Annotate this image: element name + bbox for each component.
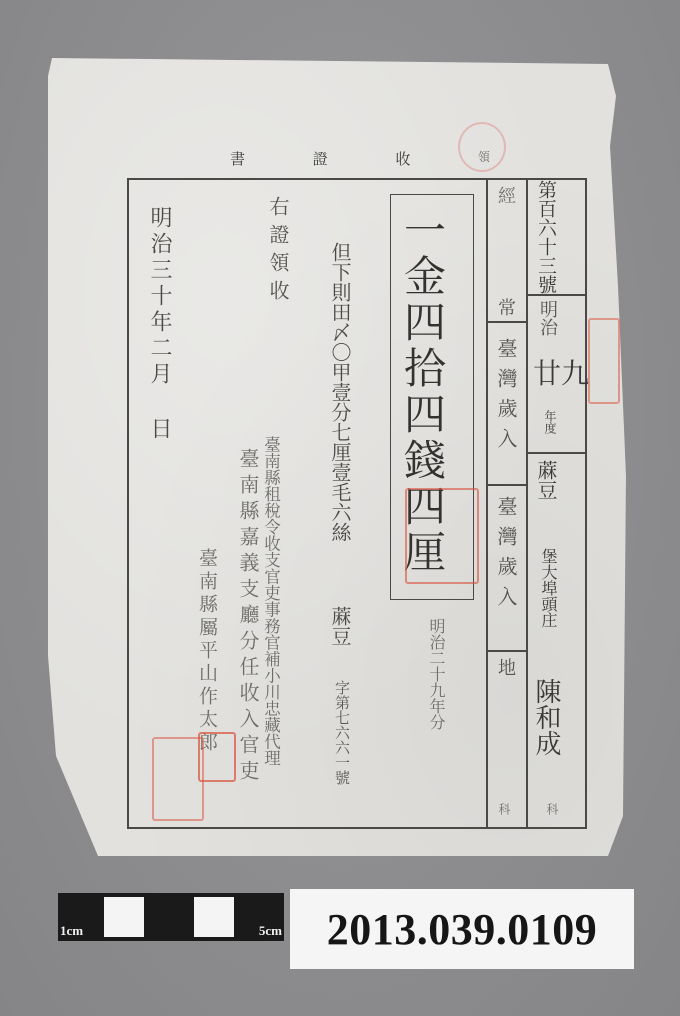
official-line-1: 臺南縣租稅令收支官吏事務官補小川忠藏代理 [262,436,279,766]
edge-seal-icon [588,318,620,404]
round-seal-icon [458,122,506,172]
official-seal-2-icon [198,732,236,782]
era-year-number: 廿九 [533,360,589,388]
frame-top [127,178,587,180]
serial-box-bottom [526,294,586,296]
payer-name: 陳和成 [533,678,559,756]
scale-bar: 1cm 5cm [58,893,284,941]
detail-place: 蔴豆 [330,606,350,646]
official-line-2: 臺南縣嘉義支廳分任收入官吏 [238,448,258,786]
category-label: 經 [496,186,514,204]
detail-line: 但下則田〆〇甲壹分七厘壹毛六絲 [330,242,350,542]
document-title: 書 證 收 領 [230,148,490,168]
category-label: 臺灣歲入 [496,338,516,458]
issue-date: 明治三十年二月 日 [148,206,170,443]
title-char: 證 [313,148,328,168]
tax-type: 蔴豆 [536,460,556,500]
year-box-bottom [526,452,586,454]
title-char: 書 [230,148,245,168]
amount-seal-icon [405,488,479,584]
era-label: 明治 [538,300,556,336]
category-label: 常 [496,298,514,316]
title-char: 收 [395,148,410,168]
scale-label-left: 1cm [60,923,83,939]
frame-right [585,178,587,828]
detail-lot: 字第七六六一號 [334,680,349,785]
serial-number: 第百六十三號 [536,180,555,294]
bottom-label-right: 科 [546,803,558,815]
year-suffix: 年度 [544,410,556,434]
column-divider [526,178,528,828]
scale-white-block [194,897,234,937]
category-box-divider [486,650,526,652]
fiscal-note: 明治二十九年分 [428,618,444,730]
official-line-3: 臺南縣屬平山作太郎 [197,548,216,755]
category-sub: 臺灣歲入 [496,496,516,616]
column-divider [486,178,488,828]
scale-label-right: 5cm [259,923,282,939]
receipt-phrase: 右證領收 [268,196,288,308]
category-box-divider [486,321,526,323]
frame-bottom [127,827,587,829]
payer-location: 堡大埠頭庄 [540,548,556,628]
scale-white-block [104,897,144,937]
category-box-divider [486,484,526,486]
frame-left [127,178,129,828]
accession-number: 2013.039.0109 [290,889,634,969]
official-seal-icon [152,737,204,821]
bottom-label-left: 科 [498,803,510,815]
category-sub: 地 [496,658,514,676]
